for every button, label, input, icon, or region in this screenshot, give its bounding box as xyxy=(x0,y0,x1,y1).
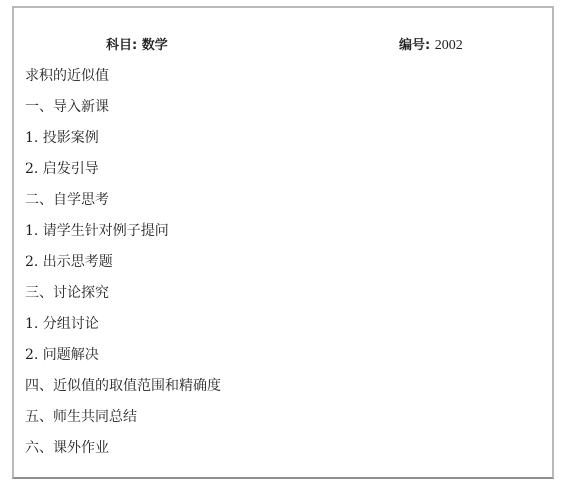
subject-label: 科目 xyxy=(106,38,132,53)
document-frame: 科目: 数学 编号: 2002 求积的近似值 一、导入新课 1. 投影案例 2.… xyxy=(12,6,554,479)
lesson-outline: 求积的近似值 一、导入新课 1. 投影案例 2. 启发引导 二、自学思考 1. … xyxy=(25,66,221,469)
outline-section: 六、课外作业 xyxy=(25,438,221,469)
outline-section: 一、导入新课 xyxy=(25,97,221,128)
outline-item: 2. 出示思考题 xyxy=(25,252,221,283)
outline-item: 2. 启发引导 xyxy=(25,159,221,190)
outline-item: 1. 分组讨论 xyxy=(25,314,221,345)
document-header: 科目: 数学 编号: 2002 xyxy=(14,34,552,54)
number-label: 编号 xyxy=(399,38,425,53)
outline-section: 四、近似值的取值范围和精确度 xyxy=(25,376,221,407)
number-value: 2002 xyxy=(435,38,463,53)
outline-item: 1. 请学生针对例子提问 xyxy=(25,221,221,252)
outline-item: 1. 投影案例 xyxy=(25,128,221,159)
subject-separator: : xyxy=(132,38,137,53)
number-field: 编号: 2002 xyxy=(399,34,463,54)
outline-section: 三、讨论探究 xyxy=(25,283,221,314)
outline-section: 五、师生共同总结 xyxy=(25,407,221,438)
subject-value: 数学 xyxy=(142,38,168,53)
outline-item: 2. 问题解决 xyxy=(25,345,221,376)
number-separator: : xyxy=(425,38,430,53)
outline-section: 二、自学思考 xyxy=(25,190,221,221)
document-title: 求积的近似值 xyxy=(25,66,221,97)
subject-field: 科目: 数学 xyxy=(106,34,168,53)
